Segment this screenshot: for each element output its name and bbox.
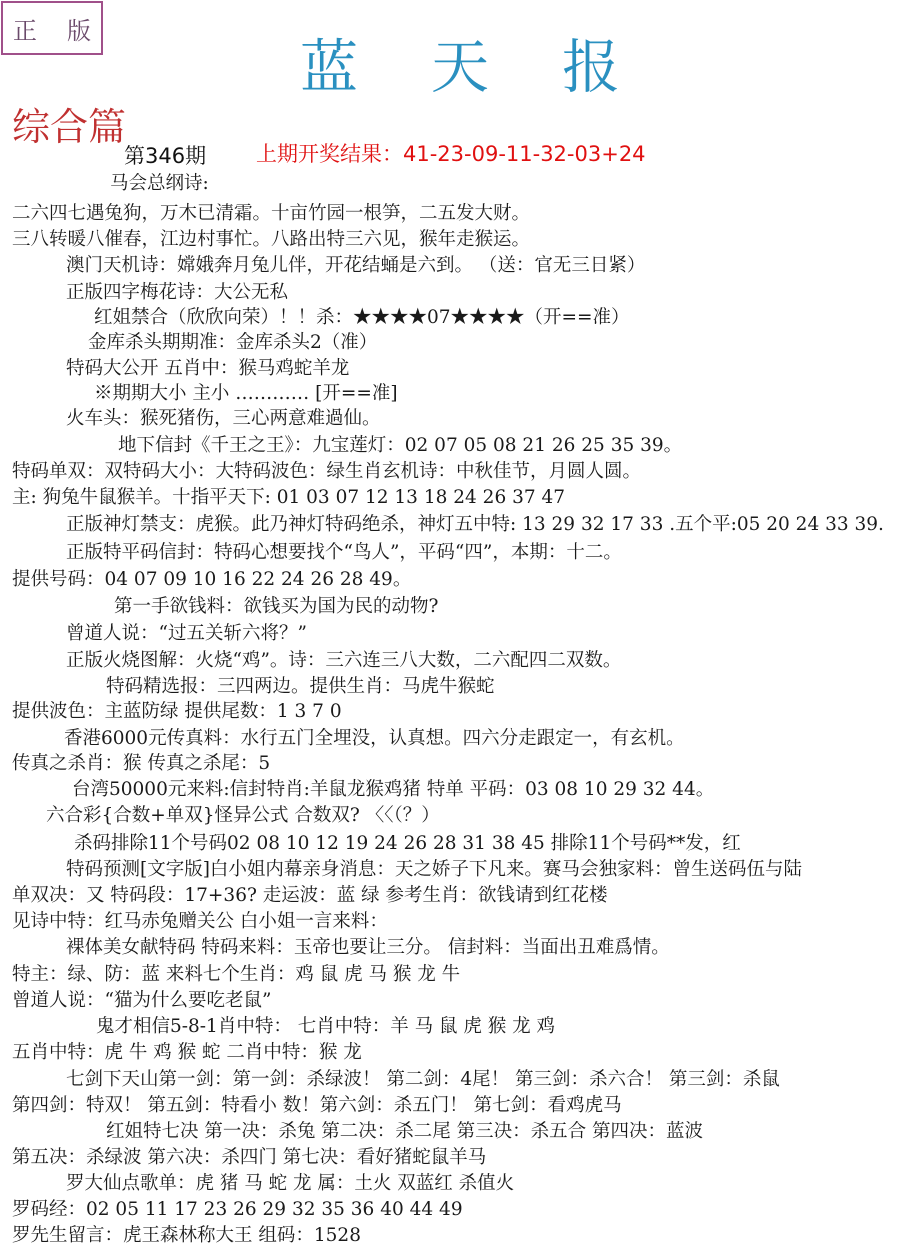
text-line: 鬼才相信5-8-1肖中特： 七肖中特：羊 马 鼠 虎 猴 龙 鸡 [96, 1015, 555, 1039]
text-line: 六合彩{合数+单双}怪异公式 合数双? 〈〈（？） [46, 804, 440, 828]
last-draw-result: 上期开奖结果：41-23-09-11-32-03+24 [256, 138, 646, 168]
badge-char-left: 正 [13, 11, 37, 46]
text-line: 七剑下天山第一剑：第一剑：杀绿波！ 第二剑：4尾！ 第三剑：杀六合！ 第三剑：杀… [66, 1068, 780, 1092]
badge-char-right: 版 [67, 11, 91, 46]
text-line: 二六四七遇兔狗，万木已清霜。十亩竹园一根笋，二五发大财。 [12, 202, 530, 226]
text-line: 曾道人说：“猫为什么要吃老鼠” [12, 989, 271, 1013]
section-title: 综合篇 [12, 96, 126, 151]
text-line: 主: 狗兔牛鼠猴羊。十指平天下: 01 03 07 12 13 18 24 26… [12, 486, 565, 510]
text-line: 正版神灯禁支：虎猴。此乃神灯特码绝杀，神灯五中特: 13 29 32 17 33… [66, 513, 884, 537]
text-line: 红姐禁合（欣欣向荣）！！杀：★★★★07★★★★（开==准） [94, 306, 630, 330]
text-line: 特码预测[文字版]白小姐内幕亲身消息：天之娇子下凡来。赛马会独家料：曾生送码伍与… [66, 858, 802, 882]
title-char: 天 [431, 20, 489, 104]
text-line: 澳门天机诗：嫦娥奔月兔儿伴，开花结蛹是六到。 （送：官无三日紧） [66, 254, 645, 278]
text-line: 提供号码：04 07 09 10 16 22 24 26 28 49。 [12, 568, 411, 592]
text-line: 见诗中特：红马赤兔赠关公 白小姐一言来料： [12, 910, 388, 934]
text-line: 第一手欲钱料：欲钱买为国为民的动物? [114, 595, 438, 619]
text-line: 裸体美女献特码 特码来料：玉帝也要让三分。 信封料：当面出丑难爲情。 [66, 936, 670, 960]
text-line: 提供波色：主蓝防绿 提供尾数：1 3 7 0 [12, 700, 342, 724]
text-line: 三八转暖八催春，江边村事忙。八路出特三六见，猴年走猴运。 [12, 228, 530, 252]
text-line: 五肖中特：虎 牛 鸡 猴 蛇 二肖中特：猴 龙 [12, 1041, 362, 1065]
text-line: ※期期大小 主小 ………… [开==准] [94, 382, 398, 406]
text-line: 特码大公开 五肖中：猴马鸡蛇羊龙 [66, 357, 349, 381]
text-line: 罗码经：02 05 11 17 23 26 29 32 35 36 40 44 … [12, 1198, 463, 1222]
title-char: 报 [562, 20, 620, 104]
newspaper-title: 蓝 天 报 [300, 20, 620, 104]
title-char: 蓝 [300, 20, 358, 104]
text-line: 地下信封《千王之王》：九宝莲灯：02 07 05 08 21 26 25 35 … [118, 434, 682, 458]
text-line: 第五决：杀绿波 第六决：杀四门 第七决：看好猪蛇鼠羊马 [12, 1146, 486, 1170]
text-line: 正版特平码信封：特码心想要找个“鸟人”，平码“四”，本期：十二。 [66, 541, 622, 565]
text-line: 杀码排除11个号码02 08 10 12 19 24 26 28 31 38 4… [74, 832, 741, 856]
text-line: 火车头：猴死猪伤，三心两意难過仙。 [66, 407, 381, 431]
text-line: 罗大仙点歌单：虎 猪 马 蛇 龙 属：土火 双蓝红 杀值火 [66, 1172, 514, 1196]
text-line: 香港6000元传真料：水行五门全埋没，认真想。四六分走跟定一，有玄机。 [64, 727, 685, 751]
authentic-edition-badge: 正 版 [1, 1, 103, 55]
text-line: 传真之杀肖：猴 传真之杀尾：5 [12, 752, 270, 776]
text-line: 金库杀头期期准：金库杀头2（准） [88, 331, 377, 355]
text-line: 特码单双：双特码大小：大特码波色：绿生肖玄机诗：中秋佳节，月圆人圆。 [12, 460, 641, 484]
text-line: 罗先生留言：虎王森林称大王 组码：1528 [12, 1224, 361, 1243]
text-line: 特码精选报：三四两边。提供生肖：马虎牛猴蛇 [106, 675, 495, 699]
text-line: 马会总纲诗: [110, 172, 209, 196]
text-line: 曾道人说：“过五关斩六将？” [66, 622, 307, 646]
text-line: 正版四字梅花诗：大公无私 [66, 281, 288, 305]
text-line: 单双决：又 特码段：17+36? 走运波：蓝 绿 参考生肖：欲钱请到红花楼 [12, 884, 608, 908]
text-line: 台湾50000元来料:信封特肖:羊鼠龙猴鸡猪 特单 平码：03 08 10 29… [72, 778, 714, 802]
text-line: 正版火烧图解：火烧“鸡”。诗：三六连三八大数，二六配四二双数。 [66, 649, 621, 673]
issue-number: 第346期 [124, 140, 206, 170]
text-line: 第四剑：特双！ 第五剑：特看小 数！第六剑：杀五门！ 第七剑：看鸡虎马 [12, 1094, 622, 1118]
text-line: 红姐特七决 第一决：杀兔 第二决：杀二尾 第三决：杀五合 第四决：蓝波 [106, 1120, 703, 1144]
text-line: 特主：绿、防：蓝 来料七个生肖：鸡 鼠 虎 马 猴 龙 牛 [12, 963, 460, 987]
